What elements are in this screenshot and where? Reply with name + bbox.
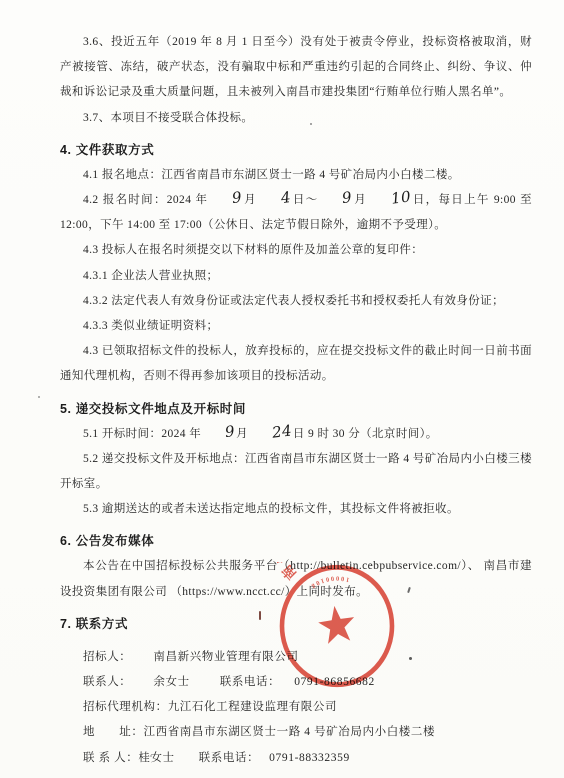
scan-speck (38, 396, 40, 398)
clause-4-3-1: 4.3.1 企业法人营业执照； (60, 264, 532, 289)
scan-speck (230, 752, 232, 754)
section-4-heading: 4. 文件获取方式 (60, 137, 532, 163)
address-value: 江西省南昌市东湖区贤士一路 4 号矿冶局内小白楼二楼 (144, 726, 436, 738)
clause-5-3: 5.3 逾期送达的或者未送达指定地点的投标文件，其投标文件将被拒收。 (60, 497, 532, 522)
clause-5-1: 5.1 开标时间：2024 年9月24日 9 时 30 分（北京时间）。 (60, 422, 532, 447)
tenderer-label: 招标人： (83, 651, 131, 663)
clause-4-3-3: 4.3.3 类似业绩证明资料； (60, 314, 532, 339)
phone2-label: 联系电话： (199, 752, 260, 764)
agency-name: 九江石化工程建设监理有限公司 (168, 701, 337, 713)
company-seal: 南昌新兴物业管理有限公司 10000108 (277, 562, 397, 690)
scanned-document-page: 3.6、投近五年（2019 年 8 月 1 日至今）没有处于被责令停业，投标资格… (0, 0, 564, 778)
handwritten-day-end: 10 (367, 191, 413, 206)
scan-speck (150, 755, 152, 757)
person1-label: 联系人： (83, 676, 131, 688)
clause-4-3: 4.3 投标人在报名时须提交以下材料的原件及加盖公章的复印件： (60, 238, 532, 263)
clause-3-7: 3.7、本项目不接受联合体投标。 (60, 106, 532, 131)
scan-speck (310, 123, 312, 125)
contact-agency-line: 招标代理机构：九江石化工程建设监理有限公司 (60, 695, 532, 720)
scan-speck (409, 657, 412, 660)
agency-label: 招标代理机构： (83, 701, 168, 713)
clause-5-2: 5.2 递交投标文件及开标地点：江西省南昌市东湖区贤士一路 4 号矿冶局内小白楼… (60, 447, 532, 497)
text-segment: 月 (353, 194, 367, 206)
section-6-heading: 6. 公告发布媒体 (60, 528, 532, 554)
handwritten-month-start: 9 (208, 192, 244, 206)
handwritten-open-month: 9 (201, 426, 237, 440)
phone2-number: 0791-88332359 (269, 752, 350, 764)
clause-4-1: 4.1 报名地点：江西省南昌市东湖区贤士一路 4 号矿冶局内小白楼二楼。 (60, 163, 532, 188)
clause-3-6: 3.6、投近五年（2019 年 8 月 1 日至今）没有处于被责令停业，投标资格… (60, 30, 532, 106)
text-segment: 日 9 时 30 分（北京时间）。 (293, 428, 438, 440)
scan-speck (259, 611, 261, 620)
text-segment: 4.2 报名时间：2024 年 (83, 194, 208, 206)
person2-name: 桂女士 (138, 752, 174, 764)
text-segment: 月 (236, 428, 248, 440)
person2-label: 联 系 人： (83, 752, 138, 764)
person1-name: 余女士 (153, 676, 189, 688)
handwritten-day-start: 4 (257, 192, 293, 206)
handwritten-month-end: 9 (318, 192, 354, 206)
contact-person2-line: 联 系 人：桂女士联系电话：0791-88332359 (60, 746, 532, 771)
address-label: 地 址： (83, 726, 144, 738)
handwritten-open-day: 24 (248, 425, 294, 440)
text-segment: 5.1 开标时间：2024 年 (83, 428, 201, 440)
section-5-heading: 5. 递交投标文件地点及开标时间 (60, 396, 532, 422)
clause-4-3-withdraw: 4.3 已领取招标文件的投标人，放弃投标的，应在提交投标文件的截止时间一日前书面… (60, 339, 532, 389)
clause-4-3-2: 4.3.2 法定代表人有效身份证或法定代表人授权委托书和授权委托人有效身份证； (60, 289, 532, 314)
seal-star-icon (316, 603, 357, 645)
phone1-label: 联系电话： (220, 676, 281, 688)
text-segment: 月 (243, 194, 257, 206)
contact-address-line: 地 址：江西省南昌市东湖区贤士一路 4 号矿冶局内小白楼二楼 (60, 720, 532, 745)
clause-4-2: 4.2 报名时间：2024 年9月4日～9月10日，每日上午 9:00 至 12… (60, 188, 532, 238)
text-segment: 日～ (292, 194, 319, 206)
